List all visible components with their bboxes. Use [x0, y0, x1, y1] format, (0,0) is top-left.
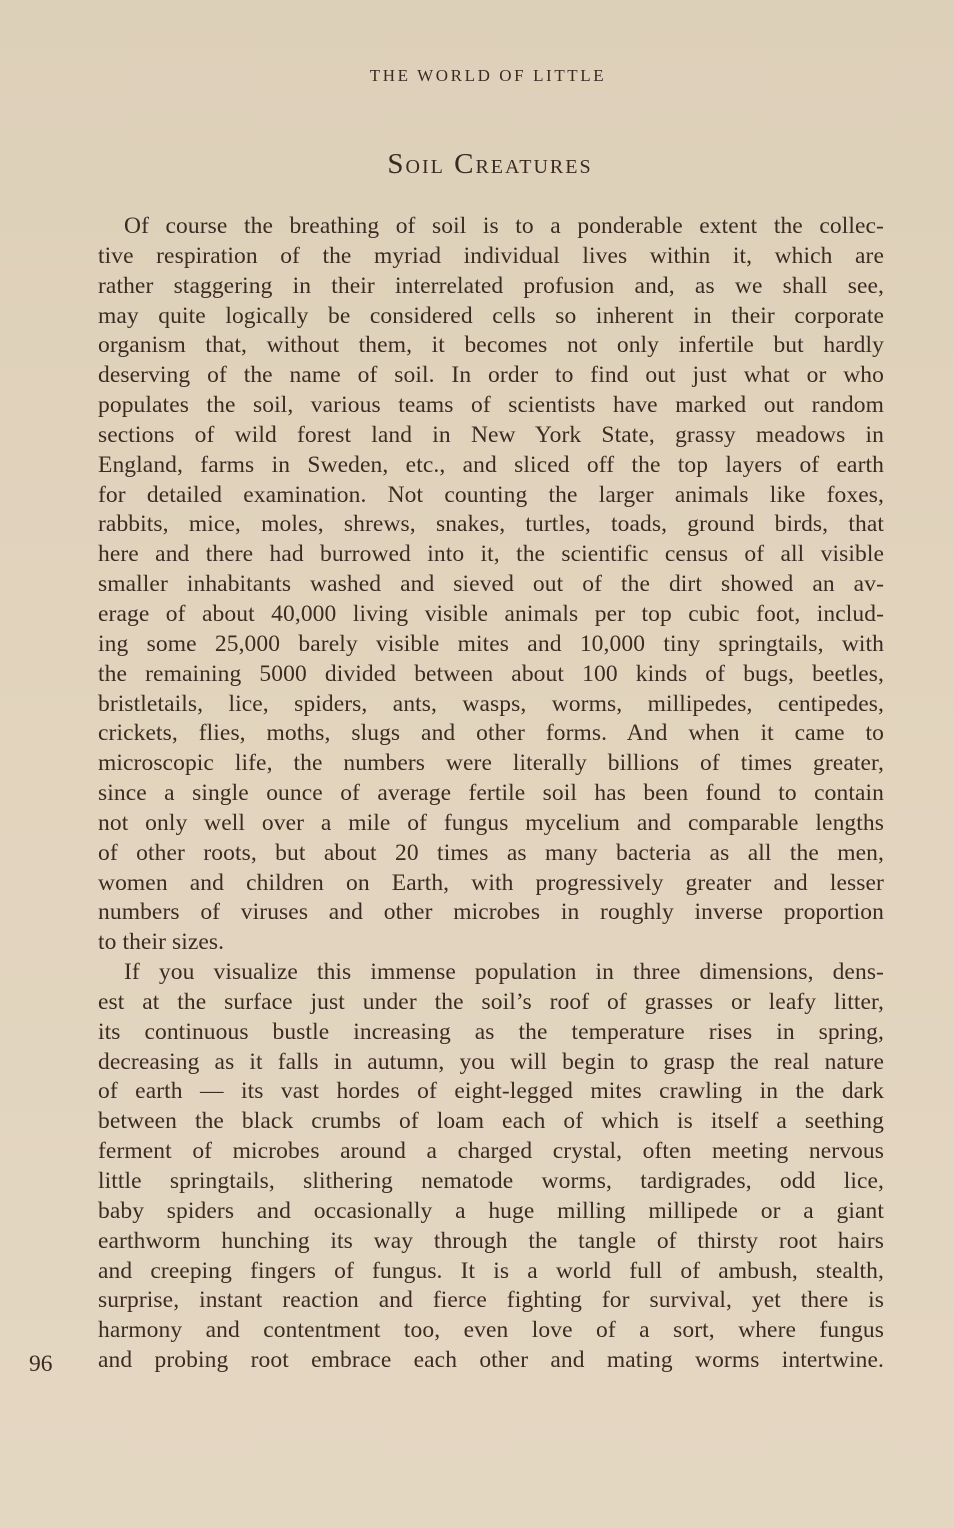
text-line: the remaining 5000 divided between about…: [98, 660, 884, 690]
text-line: of earth — its vast hordes of eight-legg…: [98, 1077, 884, 1107]
text-line: not only well over a mile of fungus myce…: [98, 809, 884, 839]
text-line: deserving of the name of soil. In order …: [98, 361, 884, 391]
text-line: surprise, instant reaction and fierce fi…: [98, 1286, 884, 1316]
text-line: of other roots, but about 20 times as ma…: [98, 839, 884, 869]
running-head: THE WORLD OF LITTLE: [0, 66, 954, 86]
text-line: organism that, without them, it becomes …: [98, 331, 884, 361]
text-line: rather staggering in their interrelated …: [98, 272, 884, 302]
text-line: erage of about 40,000 living visible ani…: [98, 600, 884, 630]
text-line: crickets, flies, moths, slugs and other …: [98, 719, 884, 749]
paragraph-1: Of course the breathing of soil is to a …: [98, 212, 884, 958]
text-line: since a single ounce of average fertile …: [98, 779, 884, 809]
text-line: smaller inhabitants washed and sieved ou…: [98, 570, 884, 600]
text-line: numbers of viruses and other microbes in…: [98, 898, 884, 928]
text-line: ferment of microbes around a charged cry…: [98, 1137, 884, 1167]
text-line: England, farms in Sweden, etc., and slic…: [98, 451, 884, 481]
text-line: populates the soil, various teams of sci…: [98, 391, 884, 421]
text-line: microscopic life, the numbers were liter…: [98, 749, 884, 779]
text-line: women and children on Earth, with progre…: [98, 869, 884, 899]
text-line: and creeping fingers of fungus. It is a …: [98, 1257, 884, 1287]
text-line: for detailed examination. Not counting t…: [98, 481, 884, 511]
section-title: Soil Creatures: [0, 148, 954, 181]
text-line: here and there had burrowed into it, the…: [98, 540, 884, 570]
text-line: earthworm hunching its way through the t…: [98, 1227, 884, 1257]
text-line: bristletails, lice, spiders, ants, wasps…: [98, 690, 884, 720]
text-line: Of course the breathing of soil is to a …: [98, 212, 884, 242]
text-line: may quite logically be considered cells …: [98, 302, 884, 332]
paragraph-2: If you visualize this immense population…: [98, 958, 884, 1376]
text-line: sections of wild forest land in New York…: [98, 421, 884, 451]
text-line: its continuous bustle increasing as the …: [98, 1018, 884, 1048]
text-line: ing some 25,000 barely visible mites and…: [98, 630, 884, 660]
text-line: rabbits, mice, moles, shrews, snakes, tu…: [98, 510, 884, 540]
text-line: and probing root embrace each other and …: [98, 1346, 884, 1376]
text-line: harmony and contentment too, even love o…: [98, 1316, 884, 1346]
text-line: est at the surface just under the soil’s…: [98, 988, 884, 1018]
text-line: little springtails, slithering nematode …: [98, 1167, 884, 1197]
text-line: tive respiration of the myriad individua…: [98, 242, 884, 272]
text-line: between the black crumbs of loam each of…: [98, 1107, 884, 1137]
text-line: baby spiders and occasionally a huge mil…: [98, 1197, 884, 1227]
text-line: decreasing as it falls in autumn, you wi…: [98, 1048, 884, 1078]
page-number: 96: [29, 1350, 53, 1380]
body-text: Of course the breathing of soil is to a …: [98, 212, 884, 1376]
text-line: If you visualize this immense population…: [98, 958, 884, 988]
text-line: to their sizes.: [98, 928, 884, 958]
